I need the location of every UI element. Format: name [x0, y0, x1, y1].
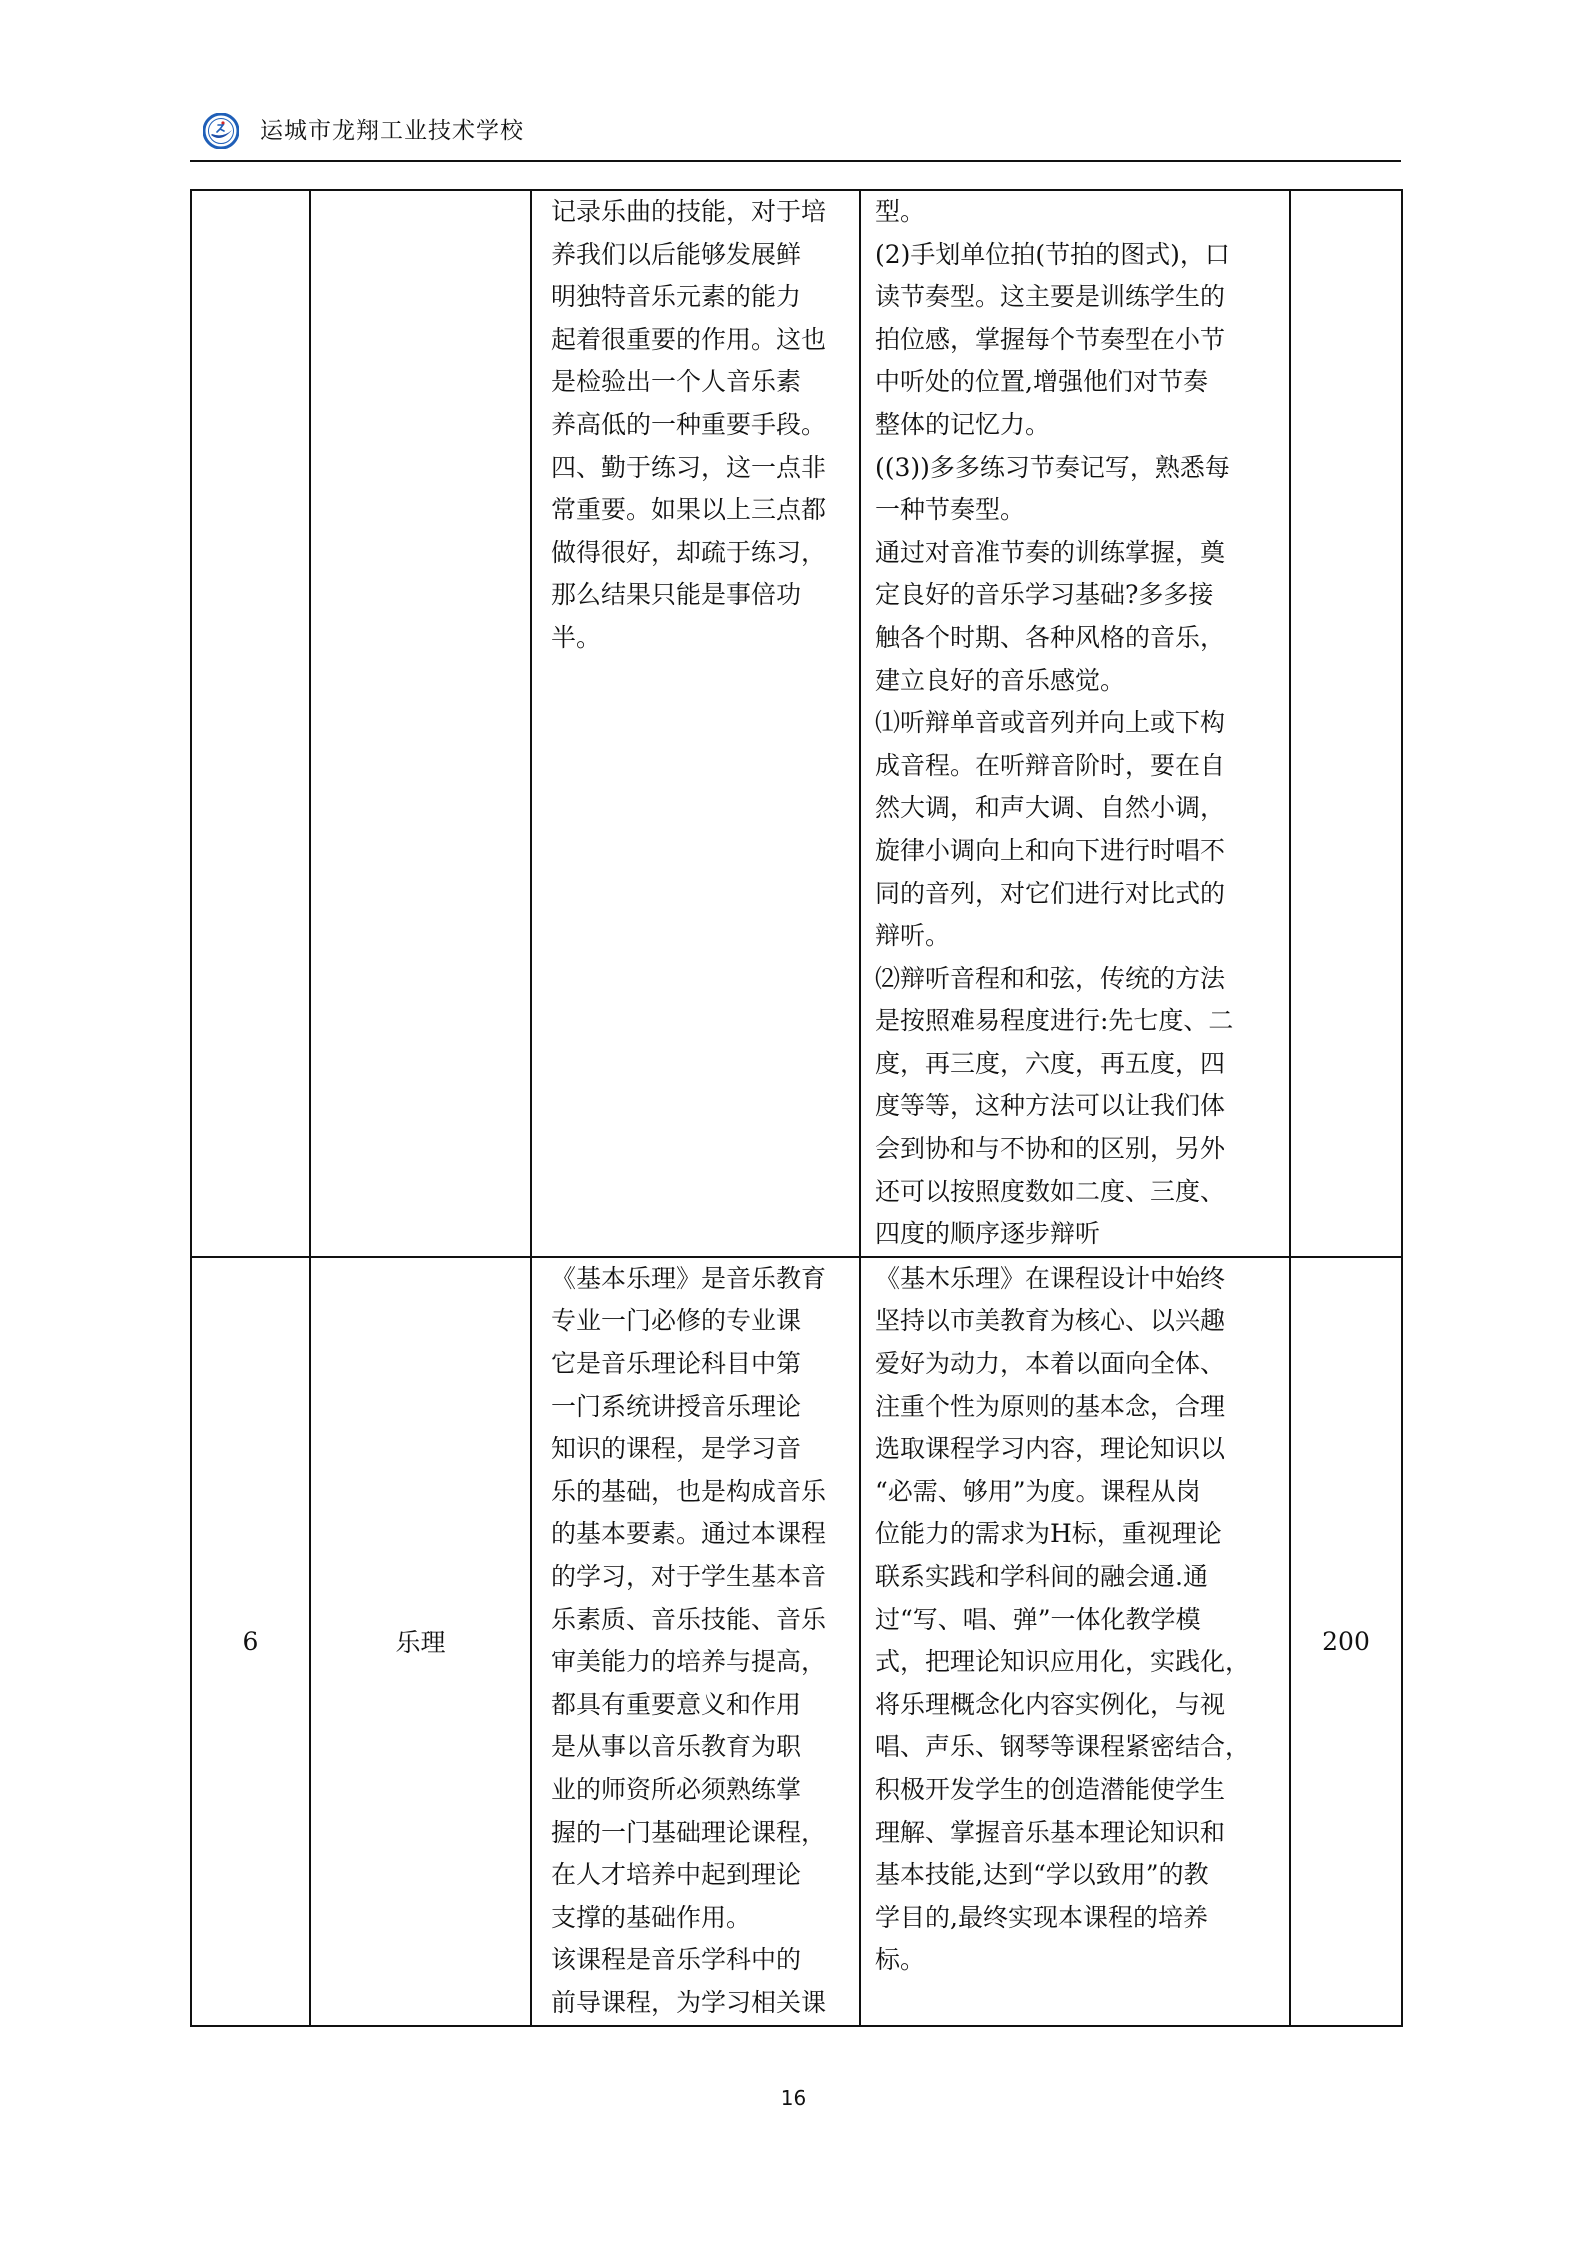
text-line: ⑴听辩单音或音列并向上或下构 [875, 702, 1281, 745]
text-line: 它是音乐理论科目中第 [551, 1343, 851, 1386]
text-line: 积极开发学生的创造潜能使学生 [875, 1769, 1281, 1812]
teaching-requirements-cell: 《基木乐理》在课程设计中始终坚持以市美教育为核心、以兴趣爱好为动力，本着以面向全… [860, 1257, 1290, 2026]
text-line: 乐素质、音乐技能、音乐 [551, 1599, 851, 1642]
text-line: 定良好的音乐学习基础?多多接 [875, 574, 1281, 617]
course-name-cell [310, 190, 531, 1257]
row-index-cell: 6 [191, 1257, 310, 2026]
text-line: 四、勤于练习，这一点非 [551, 447, 851, 490]
text-line: 通过对音准节奏的训练掌握，奠 [875, 532, 1281, 575]
text-line: 度，再三度，六度，再五度，四 [875, 1043, 1281, 1086]
course-name-cell: 乐理 [310, 1257, 531, 2026]
page-number: 16 [0, 2086, 1587, 2110]
teaching-requirements: 《基木乐理》在课程设计中始终坚持以市美教育为核心、以兴趣爱好为动力，本着以面向全… [861, 1258, 1289, 1982]
text-line: “必需、够用”为度。课程从岗 [875, 1471, 1281, 1514]
text-line: 联系实践和学科间的融会通.通 [875, 1556, 1281, 1599]
text-line: 型。 [875, 191, 1281, 234]
text-line: 半。 [551, 617, 851, 660]
text-line: 养高低的一种重要手段。 [551, 404, 851, 447]
text-line: 选取课程学习内容，理论知识以 [875, 1428, 1281, 1471]
teaching-requirements: 型。(2)手划单位拍(节拍的图式)，口读节奏型。这主要是训练学生的拍位感，掌握每… [861, 191, 1289, 1256]
text-line: 位能力的需求为H标，重视理论 [875, 1513, 1281, 1556]
text-line: 度等等，这种方法可以让我们体 [875, 1085, 1281, 1128]
text-line: 《基木乐理》在课程设计中始终 [875, 1258, 1281, 1301]
text-line: 注重个性为原则的基本念，合理 [875, 1386, 1281, 1429]
table-row: 记录乐曲的技能，对于培养我们以后能够发展鲜明独特音乐元素的能力起着很重要的作用。… [191, 190, 1402, 1257]
text-line: 该课程是音乐学科中的 [551, 1939, 851, 1982]
text-line: 乐的基础，也是构成音乐 [551, 1471, 851, 1514]
text-line: 拍位感，掌握每个节奏型在小节 [875, 319, 1281, 362]
teaching-requirements-cell: 型。(2)手划单位拍(节拍的图式)，口读节奏型。这主要是训练学生的拍位感，掌握每… [860, 190, 1290, 1257]
text-line: 是检验出一个人音乐素 [551, 361, 851, 404]
text-line: 养我们以后能够发展鲜 [551, 234, 851, 277]
text-line: 标。 [875, 1939, 1281, 1982]
text-line: 理解、掌握音乐基本理论知识和 [875, 1812, 1281, 1855]
course-description: 记录乐曲的技能，对于培养我们以后能够发展鲜明独特音乐元素的能力起着很重要的作用。… [532, 191, 859, 660]
page-header: 运城市龙翔工业技术学校 [190, 108, 1401, 160]
text-line: 会到协和与不协和的区别，另外 [875, 1128, 1281, 1171]
text-line: ((3))多多练习节奏记写，熟悉每 [875, 447, 1281, 490]
text-line: 读节奏型。这主要是训练学生的 [875, 276, 1281, 319]
text-line: (2)手划单位拍(节拍的图式)，口 [875, 234, 1281, 277]
text-line: 的基本要素。通过本课程 [551, 1513, 851, 1556]
course-name: 乐理 [395, 1628, 445, 1657]
hours-cell: 200 [1290, 1257, 1402, 2026]
text-line: 然大调，和声大调、自然小调， [875, 787, 1281, 830]
text-line: 旋律小调向上和向下进行时唱不 [875, 830, 1281, 873]
table-row: 6 乐理 《基本乐理》是音乐教育专业一门必修的专业课它是音乐理论科目中第一门系统… [191, 1257, 1402, 2026]
row-index-cell [191, 190, 310, 1257]
text-line: 的学习，对于学生基本音 [551, 1556, 851, 1599]
text-line: 同的音列，对它们进行对比式的 [875, 873, 1281, 916]
text-line: 辩听。 [875, 915, 1281, 958]
text-line: 唱、声乐、钢琴等课程紧密结合， [875, 1726, 1281, 1769]
hours-cell [1290, 190, 1402, 1257]
text-line: 触各个时期、各种风格的音乐， [875, 617, 1281, 660]
text-line: 支撑的基础作用。 [551, 1897, 851, 1940]
text-line: 知识的课程，是学习音 [551, 1428, 851, 1471]
text-line: 爱好为动力，本着以面向全体、 [875, 1343, 1281, 1386]
course-description-cell: 《基本乐理》是音乐教育专业一门必修的专业课它是音乐理论科目中第一门系统讲授音乐理… [531, 1257, 860, 2026]
text-line: 专业一门必修的专业课 [551, 1300, 851, 1343]
text-line: 常重要。如果以上三点都 [551, 489, 851, 532]
text-line: 式，把理论知识应用化，实践化， [875, 1641, 1281, 1684]
text-line: 都具有重要意义和作用 [551, 1684, 851, 1727]
text-line: 四度的顺序逐步辩听 [875, 1213, 1281, 1256]
text-line: 在人才培养中起到理论 [551, 1854, 851, 1897]
text-line: 将乐理概念化内容实例化，与视 [875, 1684, 1281, 1727]
text-line: 中听处的位置,增强他们对节奏 [875, 361, 1281, 404]
header-divider [190, 160, 1401, 162]
text-line: 记录乐曲的技能，对于培 [551, 191, 851, 234]
text-line: 是按照难易程度进行:先七度、二 [875, 1000, 1281, 1043]
text-line: 一门系统讲授音乐理论 [551, 1386, 851, 1429]
text-line: 学目的,最终实现本课程的培养 [875, 1897, 1281, 1940]
text-line: 是从事以音乐教育为职 [551, 1726, 851, 1769]
text-line: 业的师资所必须熟练掌 [551, 1769, 851, 1812]
text-line: 建立良好的音乐感觉。 [875, 660, 1281, 703]
text-line: 明独特音乐元素的能力 [551, 276, 851, 319]
school-name: 运城市龙翔工业技术学校 [260, 116, 524, 146]
text-line: 成音程。在听辩音阶时，要在自 [875, 745, 1281, 788]
row-index: 6 [243, 1627, 259, 1656]
course-description-cell: 记录乐曲的技能，对于培养我们以后能够发展鲜明独特音乐元素的能力起着很重要的作用。… [531, 190, 860, 1257]
text-line: ⑵辩听音程和和弦，传统的方法 [875, 958, 1281, 1001]
school-emblem-icon [203, 113, 239, 149]
text-line: 起着很重要的作用。这也 [551, 319, 851, 362]
course-description: 《基本乐理》是音乐教育专业一门必修的专业课它是音乐理论科目中第一门系统讲授音乐理… [532, 1258, 859, 2025]
text-line: 握的一门基础理论课程， [551, 1812, 851, 1855]
text-line: 一种节奏型。 [875, 489, 1281, 532]
text-line: 坚持以市美教育为核心、以兴趣 [875, 1300, 1281, 1343]
text-line: 还可以按照度数如二度、三度、 [875, 1171, 1281, 1214]
text-line: 前导课程，为学习相关课 [551, 1982, 851, 2025]
course-table: 记录乐曲的技能，对于培养我们以后能够发展鲜明独特音乐元素的能力起着很重要的作用。… [190, 189, 1403, 2027]
text-line: 《基本乐理》是音乐教育 [551, 1258, 851, 1301]
hours-value: 200 [1322, 1627, 1370, 1656]
text-line: 基本技能,达到“学以致用”的教 [875, 1854, 1281, 1897]
text-line: 审美能力的培养与提高， [551, 1641, 851, 1684]
text-line: 那么结果只能是事倍功 [551, 574, 851, 617]
text-line: 做得很好，却疏于练习， [551, 532, 851, 575]
text-line: 过“写、唱、弹”一体化教学模 [875, 1599, 1281, 1642]
text-line: 整体的记忆力。 [875, 404, 1281, 447]
